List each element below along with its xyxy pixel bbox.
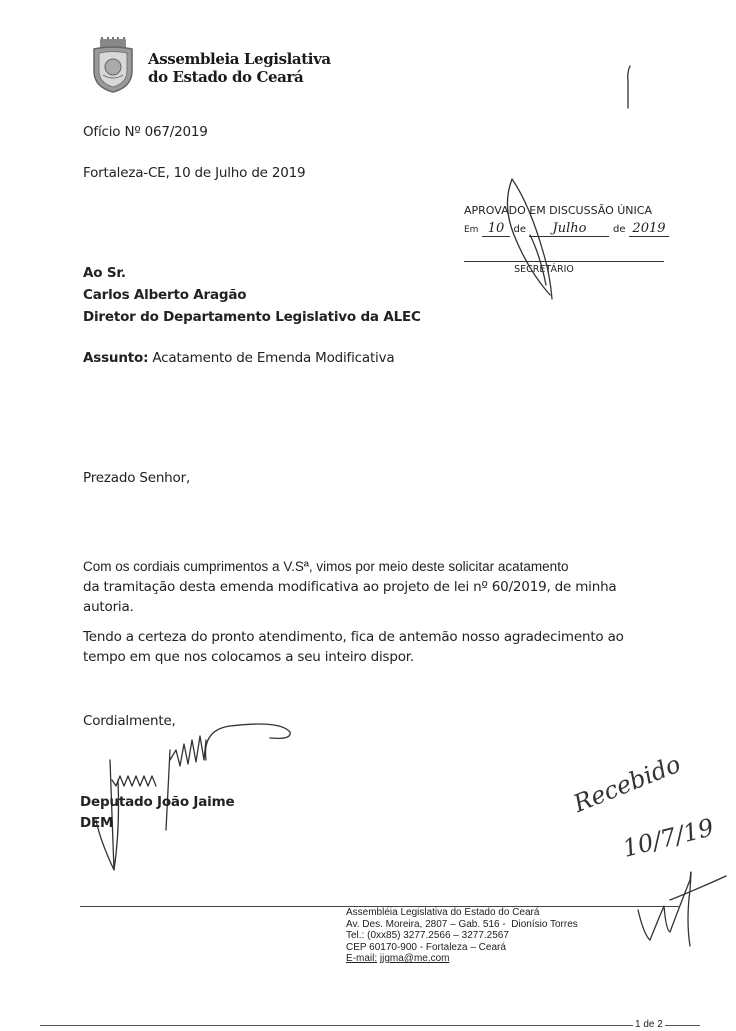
place-date: Fortaleza-CE, 10 de Julho de 2019 xyxy=(83,165,305,181)
stamp-de-label-1: de xyxy=(513,224,526,235)
footer-line-3: Tel.: (0xx85) 3277.2566 – 3277.2567 xyxy=(346,930,578,942)
oficio-number: Ofício Nº 067/2019 xyxy=(83,124,208,140)
page-indicator: 1 de 2 xyxy=(633,1019,665,1030)
paragraph-1-line-1: Com os cordiais cumprimentos a V.Sª, vim… xyxy=(83,557,617,577)
recipient-salutation: Ao Sr. xyxy=(83,265,126,281)
stamp-month: Julho xyxy=(529,221,609,237)
greeting: Prezado Senhor, xyxy=(83,470,190,486)
footer-line-2: Av. Des. Moreira, 2807 – Gab. 516 - Dion… xyxy=(346,919,578,931)
paragraph-2-line-2: tempo em que nos colocamos a seu inteiro… xyxy=(83,647,624,667)
page-bottom-divider xyxy=(40,1025,700,1026)
paragraph-1: Com os cordiais cumprimentos a V.Sª, vim… xyxy=(83,557,617,617)
stamp-de-label-2: de xyxy=(613,224,626,235)
paragraph-2-line-1: Tendo a certeza do pronto atendimento, f… xyxy=(83,627,624,647)
org-name-line2: do Estado do Ceará xyxy=(148,68,331,86)
pen-mark xyxy=(620,62,640,112)
stamp-year: 2019 xyxy=(629,221,669,237)
footer-address: Assembléia Legislativa do Estado do Cear… xyxy=(346,907,578,965)
stamp-signature-line xyxy=(464,261,664,262)
footer-line-1: Assembléia Legislativa do Estado do Cear… xyxy=(346,907,578,919)
stamp-day: 10 xyxy=(482,221,510,237)
signatory-party: DEM xyxy=(80,815,113,831)
paragraph-1-line-2: da tramitação desta emenda modificativa … xyxy=(83,577,617,597)
subject-label: Assunto: xyxy=(83,350,148,366)
received-initials-scribble xyxy=(630,850,730,955)
subject-line: Assunto: Acatamento de Emenda Modificati… xyxy=(83,350,394,366)
recipient-title: Diretor do Departamento Legislativo da A… xyxy=(83,309,421,325)
paragraph-2: Tendo a certeza do pronto atendimento, f… xyxy=(83,627,624,667)
signatory-name: Deputado João Jaime xyxy=(80,794,234,810)
org-name-line1: Assembleia Legislativa xyxy=(148,50,331,68)
footer-line-4: CEP 60170-900 - Fortaleza – Ceará xyxy=(346,942,578,954)
subject-text: Acatamento de Emenda Modificativa xyxy=(152,350,394,366)
closing: Cordialmente, xyxy=(83,713,176,729)
footer-email-link[interactable]: jjgma@me.com xyxy=(380,953,450,964)
coat-of-arms-icon xyxy=(88,37,138,93)
stamp-date-row: Em 10 de Julho de 2019 xyxy=(464,221,664,243)
stamp-title: APROVADO EM DISCUSSÃO ÚNICA xyxy=(464,204,664,217)
approval-stamp: APROVADO EM DISCUSSÃO ÚNICA Em 10 de Jul… xyxy=(464,204,664,275)
recipient-name: Carlos Alberto Aragão xyxy=(83,287,246,303)
stamp-em-label: Em xyxy=(464,225,478,235)
footer-email: E-mail: jjgma@me.com xyxy=(346,953,578,965)
footer-email-label: E-mail: xyxy=(346,953,377,964)
stamp-secretary-label: SECRETÁRIO xyxy=(464,264,664,275)
received-annotation-text: Recebido xyxy=(570,750,685,818)
organization-name: Assembleia Legislativa do Estado do Cear… xyxy=(148,50,331,86)
received-annotation-date: 10/7/19 xyxy=(620,813,717,863)
paragraph-1-line-3: autoria. xyxy=(83,597,617,617)
